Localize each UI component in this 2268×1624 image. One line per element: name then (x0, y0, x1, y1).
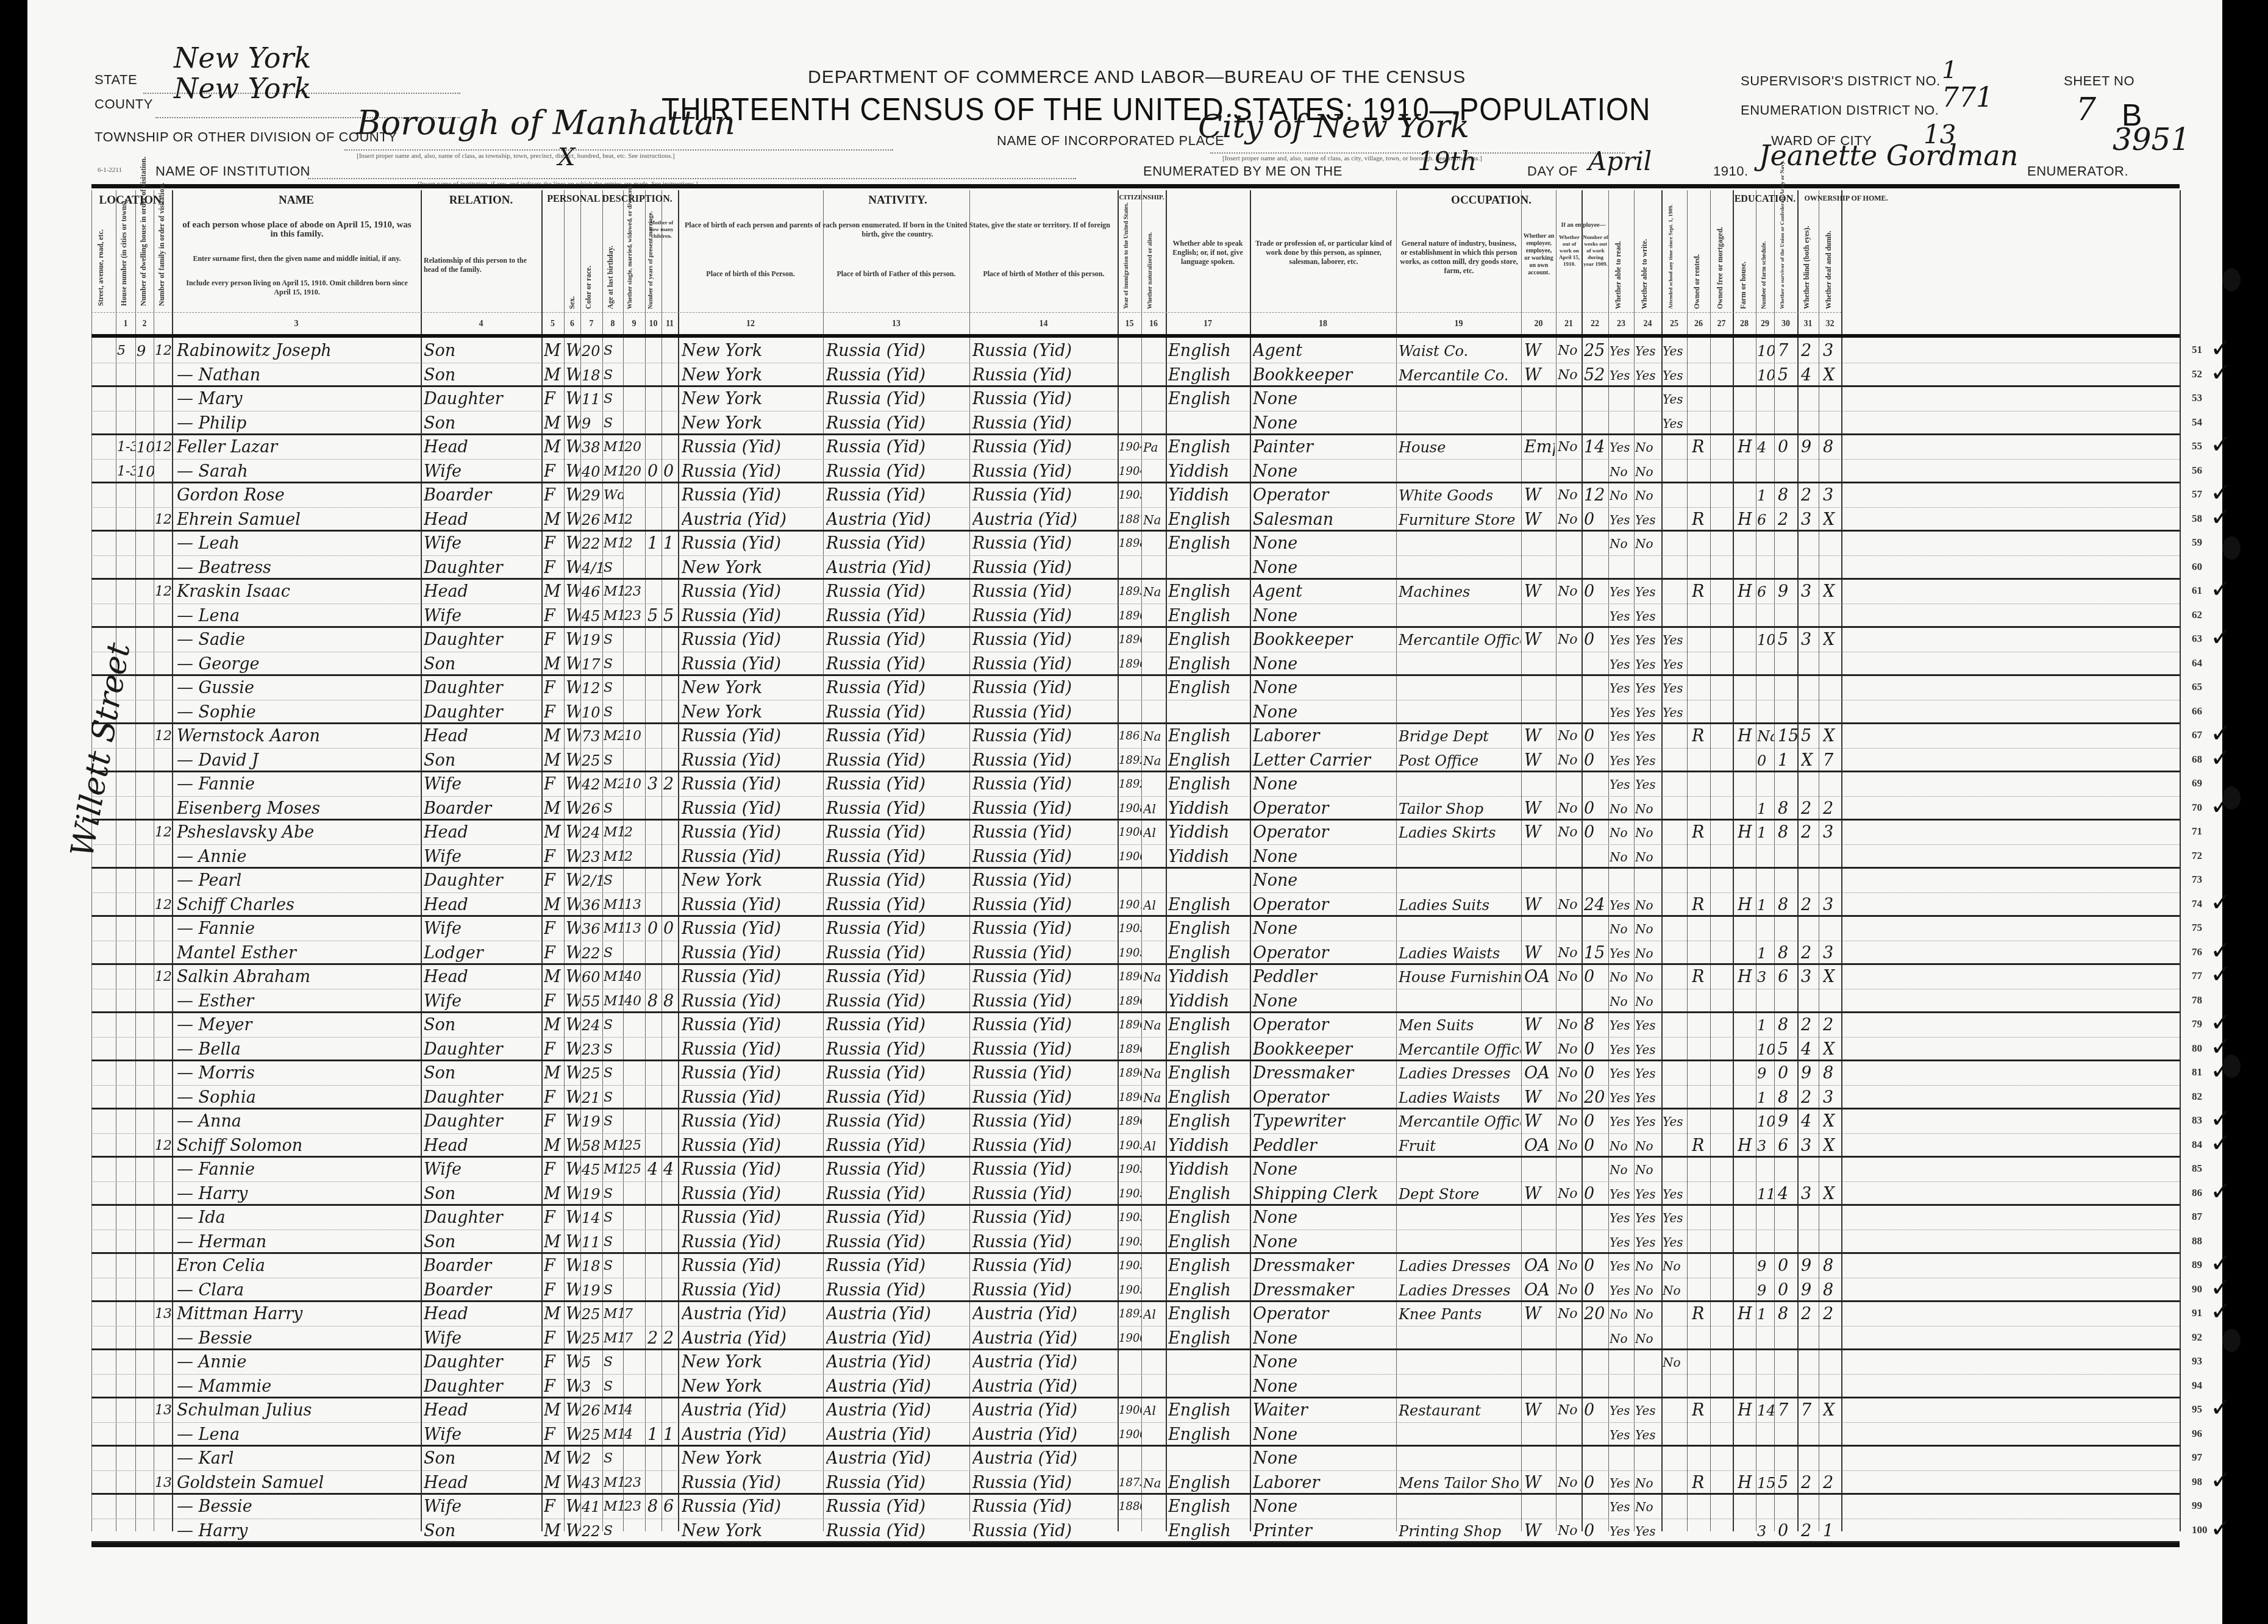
code-30-cell (1778, 414, 1797, 433)
industry-cell: Ladies Waists (1399, 944, 1521, 963)
children-living-cell: 1 (663, 534, 678, 554)
school-cell (1663, 871, 1687, 891)
dwelling-number-cell (137, 582, 154, 602)
school-cell (1663, 799, 1687, 819)
naturalization-cell (1143, 486, 1165, 505)
read-cell: No (1610, 1305, 1634, 1324)
code-30-cell: 8 (1778, 799, 1797, 819)
dwelling-number-cell (137, 944, 154, 963)
children-living-cell (663, 366, 678, 385)
school-cell: Yes (1663, 366, 1687, 385)
house-number-cell (117, 558, 135, 578)
read-cell: No (1610, 799, 1634, 819)
sex-cell: M (544, 1184, 563, 1204)
supervisor-label: Supervisor's District No. (1741, 73, 1941, 89)
school-cell: Yes (1663, 655, 1687, 674)
read-cell (1610, 1377, 1634, 1397)
naturalization-cell (1143, 414, 1165, 433)
family-number-cell: 121 (155, 341, 173, 361)
write-cell: Yes (1635, 341, 1661, 361)
weeks-out-cell (1584, 462, 1608, 482)
marital-cell: M1 (604, 1136, 623, 1156)
code-31-cell (1801, 534, 1818, 554)
mother-birthplace-cell: Russia (Yid) (972, 823, 1116, 842)
years-married-cell: 2 (624, 510, 645, 530)
mother-birthplace-cell: Russia (Yid) (972, 1136, 1116, 1156)
out-of-work-cell: No (1558, 1281, 1581, 1300)
weeks-out-cell: 0 (1584, 1401, 1608, 1420)
line-number: 75 (2192, 922, 2202, 934)
table-row: — Clara Boarder F W 19 S Russia (Yid) Ru… (91, 1278, 2180, 1303)
employer-status-cell (1524, 1208, 1555, 1228)
trade-cell: None (1253, 1160, 1395, 1180)
family-number-cell (155, 992, 173, 1011)
line-number: 64 (2192, 657, 2202, 669)
age-cell: 55 (582, 992, 602, 1011)
children-living-cell (663, 390, 678, 409)
birthplace-cell: Russia (Yid) (682, 462, 822, 482)
family-number-cell (155, 462, 173, 482)
school-cell (1663, 1377, 1687, 1397)
mortgaged-cell (1713, 1184, 1731, 1204)
owned-rented-cell (1692, 1160, 1710, 1180)
dwelling-number-cell (137, 486, 154, 505)
write-cell: No (1635, 944, 1661, 963)
immigration-year-cell: 1905 (1119, 486, 1141, 505)
line-number: 100 (2192, 1524, 2208, 1536)
birth-father-header: Place of birth of Father of this person. (826, 269, 966, 279)
language-cell: English (1168, 438, 1249, 457)
mother-birthplace-cell: Russia (Yid) (972, 1088, 1116, 1108)
code-29-cell (1757, 1329, 1774, 1348)
mortgaged-cell (1713, 727, 1731, 746)
employer-status-cell (1524, 1497, 1555, 1517)
years-married-cell (624, 678, 645, 698)
race-cell: W (566, 1256, 580, 1276)
code-29-cell: 14 (1757, 1401, 1774, 1420)
school-cell: Yes (1663, 1184, 1687, 1204)
read-cell: Yes (1610, 1112, 1634, 1131)
years-married-cell (624, 1377, 645, 1397)
race-cell: W (566, 823, 580, 842)
children-living-cell: 2 (663, 775, 678, 794)
relation-cell: Boarder (424, 486, 540, 505)
read-cell: Yes (1610, 1425, 1634, 1445)
industry-cell: Knee Pants (1399, 1305, 1521, 1324)
read-cell: No (1610, 847, 1634, 867)
children-living-cell (663, 1473, 678, 1493)
code-31-cell (1801, 847, 1818, 867)
owned-rented-cell (1692, 607, 1710, 626)
industry-cell: Post Office (1399, 751, 1521, 771)
read-cell: Yes (1610, 1256, 1634, 1276)
father-birthplace-cell: Russia (Yid) (826, 1040, 968, 1060)
code-29-cell: Na (1757, 727, 1774, 746)
person-name-cell: — Clara (177, 1281, 419, 1300)
birthplace-cell: Russia (Yid) (682, 486, 822, 505)
write-cell: Yes (1635, 655, 1661, 674)
read-cell (1610, 1449, 1634, 1469)
mortgaged-cell (1713, 1112, 1731, 1131)
nativity-group-header: NATIVITY. (678, 194, 1118, 207)
marital-cell: S (604, 341, 623, 361)
line-number: 83 (2192, 1114, 2202, 1127)
person-name-cell: Schulman Julius (177, 1401, 419, 1420)
code-31-cell (1801, 390, 1818, 409)
trade-cell: None (1253, 1233, 1395, 1252)
write-cell: Yes (1635, 630, 1661, 650)
birthplace-cell: New York (682, 1449, 822, 1469)
dwelling-number-cell (137, 1184, 154, 1204)
col-num-8: 8 (602, 319, 623, 329)
dwelling-number-cell (137, 727, 154, 746)
dwelling-number-cell (137, 823, 154, 842)
write-cell: No (1635, 438, 1661, 457)
employer-status-cell (1524, 558, 1555, 578)
language-cell: Yiddish (1168, 992, 1249, 1011)
language-cell: English (1168, 919, 1249, 939)
mortgaged-cell (1713, 438, 1731, 457)
age-cell: 2/12 (582, 871, 602, 891)
line-number: 95 (2192, 1403, 2202, 1416)
mother-birthplace-cell: Russia (Yid) (972, 558, 1116, 578)
relation-cell: Wife (424, 462, 540, 482)
race-cell: W (566, 847, 580, 867)
write-cell: No (1635, 967, 1661, 987)
family-number-cell: 126 (155, 823, 173, 842)
write-cell (1635, 1449, 1661, 1469)
years-married-cell: 23 (624, 1497, 645, 1517)
house-number-cell (117, 582, 135, 602)
code-30-cell: 8 (1778, 823, 1797, 842)
code-32-cell: 8 (1823, 1256, 1840, 1276)
father-birthplace-cell: Russia (Yid) (826, 366, 968, 385)
trade-cell: Typewriter (1253, 1112, 1395, 1131)
naturalization-cell (1143, 944, 1165, 963)
relation-cell: Daughter (424, 558, 540, 578)
marital-cell: S (604, 1112, 623, 1131)
mortgaged-cell (1713, 896, 1731, 915)
weeks-out-cell (1584, 607, 1608, 626)
birthplace-cell: Russia (Yid) (682, 1497, 822, 1517)
race-cell: W (566, 1425, 580, 1445)
marital-cell: M1 (604, 582, 623, 602)
sex-cell: M (544, 341, 563, 361)
naturalization-cell (1143, 1112, 1165, 1131)
farm-house-cell: H (1738, 582, 1756, 602)
house-number-cell (117, 607, 135, 626)
children-living-cell (663, 799, 678, 819)
mother-birthplace-cell: Russia (Yid) (972, 896, 1116, 915)
age-cell: 23 (582, 1040, 602, 1060)
person-name-cell: — Bessie (177, 1329, 419, 1348)
owned-rented-cell (1692, 534, 1710, 554)
dwelling-number-cell (137, 1208, 154, 1228)
write-cell (1635, 558, 1661, 578)
mother-birthplace-cell: Russia (Yid) (972, 1064, 1116, 1083)
mother-birthplace-cell: Russia (Yid) (972, 462, 1116, 482)
farm-house-header: Farm or house. (1739, 221, 1748, 309)
trade-cell: None (1253, 847, 1395, 867)
table-row: 131 Schulman Julius Head M W 26 M1 4 Aus… (91, 1398, 2180, 1423)
code-29-cell (1757, 1208, 1774, 1228)
col-num-2: 2 (135, 319, 154, 329)
ward-value: 13 (1924, 119, 1956, 149)
marital-cell: M1 (604, 823, 623, 842)
line-number: 62 (2192, 609, 2202, 621)
age-cell: 9 (582, 414, 602, 433)
line-number: 69 (2192, 777, 2202, 789)
code-29-cell: 10 (1757, 341, 1774, 361)
punch-hole (2222, 268, 2241, 291)
person-name-cell: — Harry (177, 1184, 419, 1204)
race-cell: W (566, 871, 580, 891)
language-cell: English (1168, 1522, 1249, 1541)
school-cell (1663, 1016, 1687, 1035)
name-header-text3: Include every person living on April 15,… (178, 279, 416, 297)
code-30-cell (1778, 534, 1797, 554)
race-cell: W (566, 390, 580, 409)
school-cell (1663, 1160, 1687, 1180)
code-29-cell: 6 (1757, 510, 1774, 530)
industry-cell (1399, 992, 1521, 1011)
children-living-cell (663, 1233, 678, 1252)
out-of-work-cell (1558, 534, 1581, 554)
owned-rented-cell (1692, 1208, 1710, 1228)
trade-cell: Salesman (1253, 510, 1395, 530)
read-cell: No (1610, 992, 1634, 1011)
age-cell: 43 (582, 1473, 602, 1493)
trade-cell: None (1253, 703, 1395, 722)
table-row: 126 Psheslavsky Abe Head M W 24 M1 2 Rus… (91, 821, 2180, 845)
children-born-cell (647, 1184, 662, 1204)
relation-cell: Son (424, 1016, 540, 1035)
code-30-cell (1778, 1208, 1797, 1228)
col-num-15: 15 (1118, 319, 1141, 329)
naturalization-cell: Al (1143, 1136, 1165, 1156)
naturalization-cell (1143, 390, 1165, 409)
language-cell: English (1168, 630, 1249, 650)
mortgaged-cell (1713, 414, 1731, 433)
write-cell: Yes (1635, 678, 1661, 698)
children-born-cell (647, 630, 662, 650)
immigration-year-cell: 1892 (1119, 751, 1141, 771)
age-cell: 20 (582, 341, 602, 361)
employer-status-cell (1524, 992, 1555, 1011)
code-30-cell (1778, 558, 1797, 578)
father-birthplace-cell: Russia (Yid) (826, 896, 968, 915)
code-29-cell: 1 (1757, 486, 1774, 505)
industry-cell (1399, 1233, 1521, 1252)
father-birthplace-cell: Russia (Yid) (826, 871, 968, 891)
family-number-cell (155, 1522, 173, 1541)
mortgaged-cell (1713, 1522, 1731, 1541)
years-married-cell: 4 (624, 1425, 645, 1445)
mother-birthplace-cell: Russia (Yid) (972, 992, 1116, 1011)
industry-cell: Printing Shop (1399, 1522, 1521, 1541)
col-num-20: 20 (1521, 319, 1556, 329)
family-number-cell: 123 (155, 510, 173, 530)
person-name-cell: — Gussie (177, 678, 419, 698)
marital-cell: M1 (604, 1425, 623, 1445)
language-cell: Yiddish (1168, 847, 1249, 867)
farm-house-cell (1738, 678, 1756, 698)
birthplace-cell: New York (682, 341, 822, 361)
sex-cell: M (544, 510, 563, 530)
children-living-cell (663, 558, 678, 578)
code-29-cell (1757, 1160, 1774, 1180)
occupation-group-header: OCCUPATION. (1250, 194, 1733, 207)
sex-cell: F (544, 1425, 563, 1445)
children-living-cell (663, 414, 678, 433)
farm-house-cell (1738, 847, 1756, 867)
birthplace-cell: Russia (Yid) (682, 823, 822, 842)
out-of-work-cell: No (1558, 366, 1581, 385)
person-name-cell: — Leah (177, 534, 419, 554)
naturalization-cell: Na (1143, 1064, 1165, 1083)
read-cell: Yes (1610, 630, 1634, 650)
mortgaged-cell (1713, 967, 1731, 987)
table-row: — George Son M W 17 S Russia (Yid) Russi… (91, 652, 2180, 677)
table-row: 5 9 121 Rabinowitz Joseph Son M W 20 S N… (91, 339, 2180, 363)
county-label: County (94, 96, 153, 112)
code-31-cell: 2 (1801, 896, 1818, 915)
line-number: 98 (2192, 1476, 2202, 1488)
table-row: — Mary Daughter F W 11 S New York Russia… (91, 387, 2180, 411)
line-number: 57 (2192, 488, 2202, 500)
out-of-work-cell: No (1558, 823, 1581, 842)
marital-cell: S (604, 1184, 623, 1204)
out-of-work-cell (1558, 607, 1581, 626)
incorporated-place-label: Name of incorporated place (997, 133, 1224, 149)
age-cell: 19 (582, 630, 602, 650)
code-29-cell (1757, 1449, 1774, 1469)
race-cell: W (566, 775, 580, 794)
line-number: 70 (2192, 802, 2202, 814)
children-living-cell (663, 1377, 678, 1397)
farm-house-cell (1738, 462, 1756, 482)
line-number: 84 (2192, 1139, 2202, 1151)
owned-rented-cell (1692, 1112, 1710, 1131)
father-birthplace-cell: Russia (Yid) (826, 1208, 968, 1228)
marital-cell: S (604, 558, 623, 578)
mortgaged-cell (1713, 823, 1731, 842)
race-cell: W (566, 703, 580, 722)
employer-header: Whether an employer, employee, or workin… (1522, 233, 1555, 277)
out-of-work-cell: No (1558, 1256, 1581, 1276)
birthplace-cell: New York (682, 703, 822, 722)
age-header: Age at last birthday. (606, 221, 615, 309)
relation-cell: Son (424, 1233, 540, 1252)
years-married-cell: 7 (624, 1329, 645, 1348)
age-cell: 22 (582, 534, 602, 554)
code-30-cell: 5 (1778, 630, 1797, 650)
industry-cell: Waist Co. (1399, 341, 1521, 361)
marital-cell: S (604, 630, 623, 650)
family-number-cell (155, 1112, 173, 1131)
school-cell (1663, 1522, 1687, 1541)
mortgaged-cell (1713, 341, 1731, 361)
trade-cell: Printer (1253, 1522, 1395, 1541)
relation-cell: Head (424, 438, 540, 457)
read-cell: Yes (1610, 727, 1634, 746)
farm-house-cell (1738, 1353, 1756, 1372)
school-cell: Yes (1663, 1208, 1687, 1228)
weeks-out-cell (1584, 1377, 1608, 1397)
employer-status-cell: W (1524, 582, 1555, 602)
trade-cell: Operator (1253, 1088, 1395, 1108)
person-name-cell: Goldstein Samuel (177, 1473, 419, 1493)
code-32-cell (1823, 919, 1840, 939)
line-number: 63 (2192, 633, 2202, 645)
immigration-year-cell (1119, 366, 1141, 385)
father-birthplace-cell: Austria (Yid) (826, 1401, 968, 1420)
dwelling-number-cell (137, 1040, 154, 1060)
race-cell: W (566, 1208, 580, 1228)
ownership-group-header: OWNERSHIP OF HOME. (1797, 194, 1895, 203)
person-name-cell: — Sophia (177, 1088, 419, 1108)
family-number-cell: 132 (155, 1473, 173, 1493)
write-cell: Yes (1635, 775, 1661, 794)
line-number: 71 (2192, 825, 2202, 838)
read-cell (1610, 558, 1634, 578)
industry-cell (1399, 919, 1521, 939)
age-cell: 11 (582, 1233, 602, 1252)
father-birthplace-cell: Russia (Yid) (826, 390, 968, 409)
relation-cell: Wife (424, 1329, 540, 1348)
race-cell: W (566, 1088, 580, 1108)
sheet-label: Sheet No (2064, 73, 2134, 89)
relation-cell: Wife (424, 607, 540, 626)
mortgaged-cell (1713, 510, 1731, 530)
code-31-cell: 9 (1801, 1281, 1818, 1300)
race-cell: W (566, 992, 580, 1011)
father-birthplace-cell: Russia (Yid) (826, 1064, 968, 1083)
marital-cell: M2 (604, 727, 623, 746)
mortgaged-cell (1713, 1208, 1731, 1228)
line-number: 97 (2192, 1451, 2202, 1464)
trade-cell: None (1253, 414, 1395, 433)
table-row: Eron Celia Boarder F W 18 S Russia (Yid)… (91, 1254, 2180, 1278)
write-cell: Yes (1635, 703, 1661, 722)
children-living-cell (663, 703, 678, 722)
father-birthplace-cell: Austria (Yid) (826, 1449, 968, 1469)
father-birthplace-cell: Russia (Yid) (826, 944, 968, 963)
code-31-cell: 3 (1801, 1184, 1818, 1204)
immigration-year-cell (1119, 1522, 1141, 1541)
sex-cell: M (544, 1449, 563, 1469)
code-30-cell: 0 (1778, 1522, 1797, 1541)
years-married-cell (624, 1064, 645, 1083)
birthplace-cell: Russia (Yid) (682, 1160, 822, 1180)
out-of-work-cell: No (1558, 727, 1581, 746)
marital-cell: M1 (604, 607, 623, 626)
family-number-cell (155, 1353, 173, 1372)
read-cell: No (1610, 1136, 1634, 1156)
weeks-out-cell (1584, 390, 1608, 409)
code-32-cell (1823, 1425, 1840, 1445)
immigration-year-cell: 1896 (1119, 967, 1141, 987)
code-30-cell (1778, 462, 1797, 482)
write-cell (1635, 1353, 1661, 1372)
naturalization-cell (1143, 1329, 1165, 1348)
race-cell: W (566, 1160, 580, 1180)
weeks-out-cell: 12 (1584, 486, 1608, 505)
birthplace-cell: New York (682, 1522, 822, 1541)
owned-rented-cell (1692, 1040, 1710, 1060)
mother-birthplace-cell: Russia (Yid) (972, 678, 1116, 698)
read-cell: Yes (1610, 1040, 1634, 1060)
